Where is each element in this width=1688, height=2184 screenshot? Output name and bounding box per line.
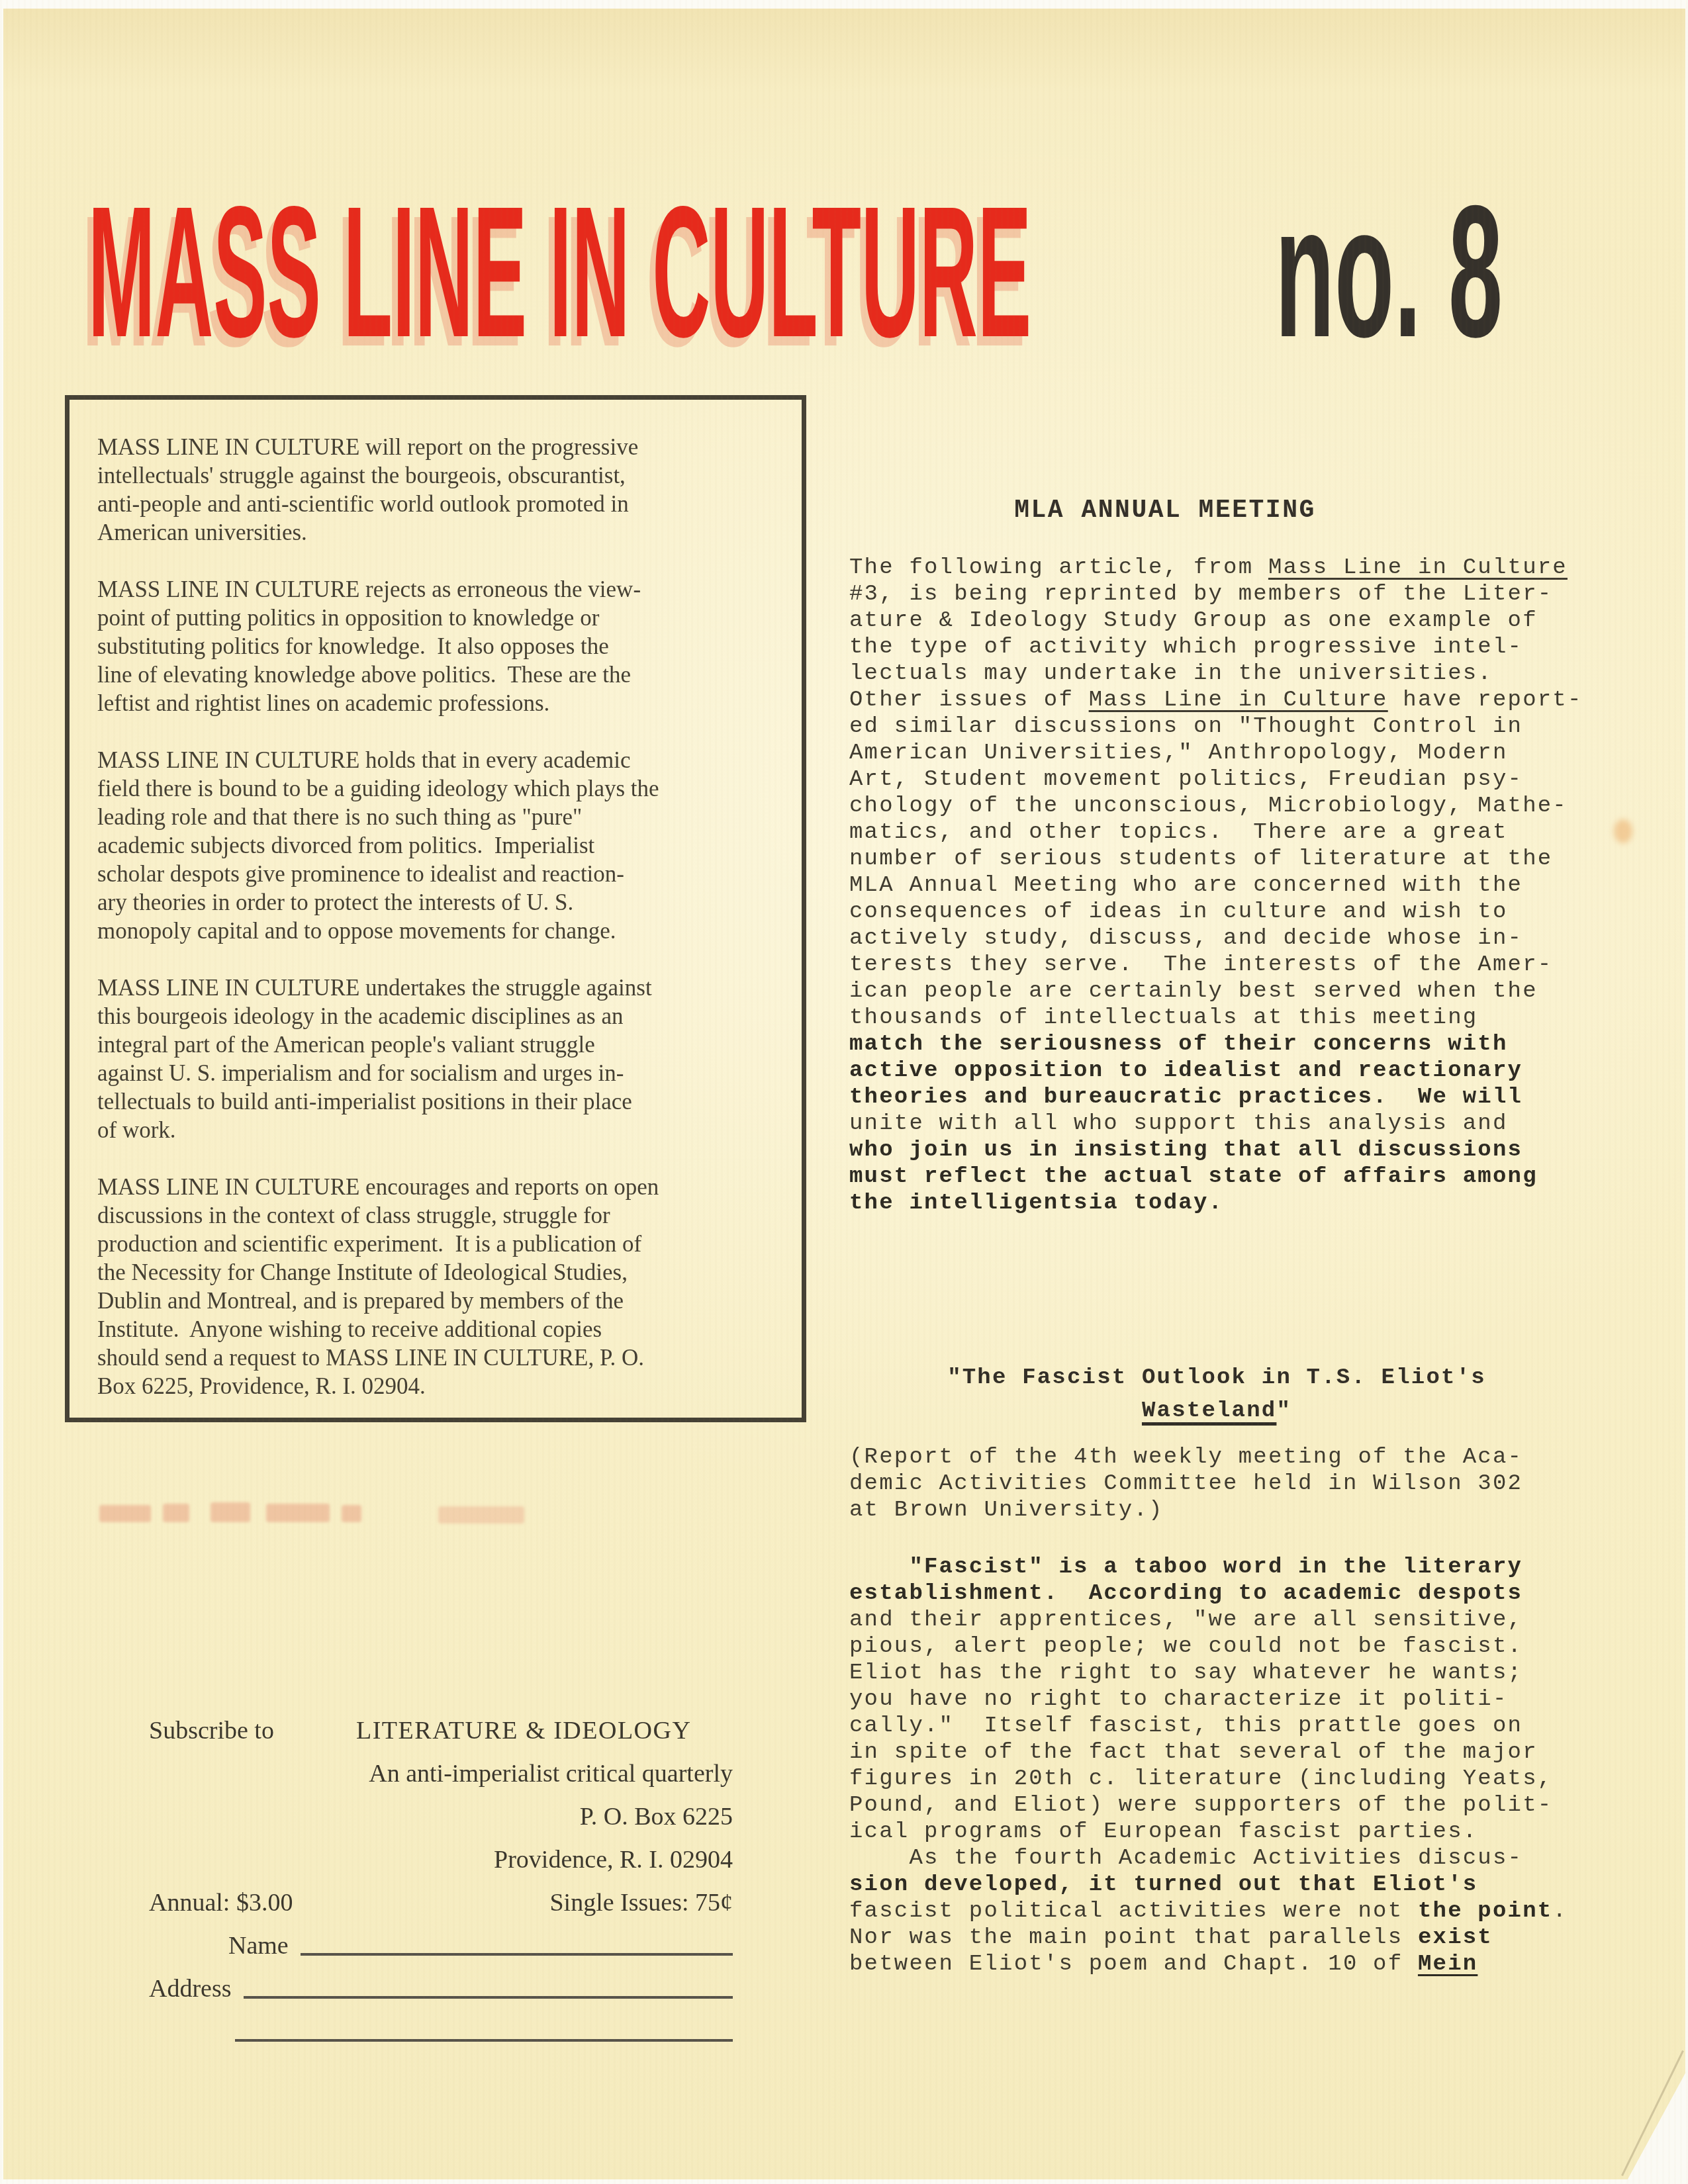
text-segment: Mein bbox=[1418, 1952, 1477, 1977]
ink-mark bbox=[342, 1505, 361, 1522]
text-segment: cally." Itself fascist, this prattle goe… bbox=[849, 1713, 1523, 1739]
scan-edge bbox=[0, 0, 1688, 9]
text-line: chology of the unconscious, Microbiology… bbox=[849, 793, 1637, 819]
text-segment: the type of activity which progressive i… bbox=[849, 635, 1523, 660]
text-segment: Wasteland bbox=[1142, 1398, 1276, 1424]
about-paragraph: MASS LINE IN CULTURE undertakes the stru… bbox=[97, 974, 779, 1144]
text-line: Other issues of Mass Line in Culture hav… bbox=[849, 687, 1637, 713]
text-line: unite with all who support this analysis… bbox=[849, 1111, 1637, 1137]
text-segment: you have no right to characterize it pol… bbox=[849, 1687, 1508, 1712]
extra-line bbox=[149, 2003, 733, 2046]
city-state-zip: Providence, R. I. 02904 bbox=[494, 1845, 733, 1874]
text-segment: must reflect the actual state of affairs… bbox=[849, 1164, 1538, 1189]
right-column: MLA ANNUAL MEETING The following article… bbox=[849, 498, 1637, 1978]
text-segment: " bbox=[1276, 1398, 1291, 1424]
text-segment: number of serious students of literature… bbox=[849, 846, 1552, 872]
magazine-tagline: An anti-imperialist critical quarterly bbox=[369, 1759, 733, 1788]
text-segment: Mass Line in Culture bbox=[1089, 688, 1388, 713]
text-line: ican people are certainly best served wh… bbox=[849, 978, 1637, 1005]
about-paragraph: MASS LINE IN CULTURE holds that in every… bbox=[97, 746, 779, 945]
text-segment: actively study, discuss, and decide whos… bbox=[849, 926, 1523, 951]
text-segment: active opposition to idealist and reacti… bbox=[849, 1058, 1523, 1083]
newsletter-page: MASS LINE IN CULTURE MASS LINE IN CULTUR… bbox=[0, 0, 1688, 2184]
pobox-line: P. O. Box 6225 bbox=[149, 1788, 733, 1831]
text-segment: As the fourth Academic Activities discus… bbox=[849, 1846, 1523, 1871]
text-line: actively study, discuss, and decide whos… bbox=[849, 925, 1637, 952]
text-line: The following article, from Mass Line in… bbox=[849, 555, 1637, 581]
text-segment: "Fascist" is a taboo word in the literar… bbox=[849, 1555, 1523, 1580]
text-line: demic Activities Committee held in Wilso… bbox=[849, 1471, 1637, 1497]
text-segment: American Universities," Anthropology, Mo… bbox=[849, 741, 1508, 766]
text-segment: MLA Annual Meeting who are concerned wit… bbox=[849, 873, 1523, 898]
text-line: at Brown University.) bbox=[849, 1497, 1637, 1524]
po-box: P. O. Box 6225 bbox=[580, 1802, 733, 1831]
text-line: thousands of intellectuals at this meeti… bbox=[849, 1005, 1637, 1031]
fascist-article-heading: "The Fascist Outlook in T.S. Eliot'sWast… bbox=[823, 1365, 1611, 1431]
text-segment: matics, and other topics. There are a gr… bbox=[849, 820, 1508, 845]
text-line: Pound, and Eliot) were supporters of the… bbox=[849, 1792, 1637, 1819]
scan-edge bbox=[0, 0, 3, 2184]
text-segment: figures in 20th c. literature (including… bbox=[849, 1766, 1552, 1792]
single-issue-price: Single Issues: 75¢ bbox=[549, 1888, 733, 1917]
name-label: Name bbox=[149, 1931, 289, 1960]
masthead-title: MASS LINE IN CULTURE bbox=[88, 167, 1031, 376]
text-segment: sion developed, it turned out that Eliot… bbox=[849, 1872, 1477, 1897]
about-box: MASS LINE IN CULTURE will report on the … bbox=[65, 395, 806, 1422]
annual-price: Annual: $3.00 bbox=[149, 1888, 293, 1917]
subscribe-label: Subscribe to bbox=[149, 1716, 356, 1745]
text-segment: The following article, from bbox=[849, 555, 1268, 580]
text-line: "The Fascist Outlook in T.S. Eliot's bbox=[823, 1365, 1611, 1398]
ink-mark bbox=[266, 1504, 330, 1522]
text-line: the intelligentsia today. bbox=[849, 1190, 1637, 1216]
text-line: theories and bureaucratic practices. We … bbox=[849, 1084, 1637, 1111]
text-line: American Universities," Anthropology, Mo… bbox=[849, 740, 1637, 766]
text-segment: Pound, and Eliot) were supporters of the… bbox=[849, 1793, 1552, 1818]
text-segment: have report- bbox=[1388, 688, 1583, 713]
text-line: Eliot has the right to say whatever he w… bbox=[849, 1660, 1637, 1686]
text-line: As the fourth Academic Activities discus… bbox=[849, 1845, 1637, 1872]
about-paragraph: MASS LINE IN CULTURE rejects as erroneou… bbox=[97, 575, 779, 717]
red-ink-smudge bbox=[99, 1497, 536, 1535]
text-line: ature & Ideology Study Group as one exam… bbox=[849, 608, 1637, 634]
text-segment: theories and bureaucratic practices. We … bbox=[849, 1085, 1523, 1110]
text-segment: thousands of intellectuals at this meeti… bbox=[849, 1005, 1477, 1030]
text-segment: consequences of ideas in culture and wis… bbox=[849, 899, 1508, 925]
address-blank-line bbox=[244, 1995, 733, 1999]
text-line: sion developed, it turned out that Eliot… bbox=[849, 1872, 1637, 1898]
text-segment: unite with all who support this analysis… bbox=[849, 1111, 1508, 1136]
text-line: ical programs of European fascist partie… bbox=[849, 1819, 1637, 1845]
ink-mark bbox=[99, 1505, 151, 1522]
text-line: consequences of ideas in culture and wis… bbox=[849, 899, 1637, 925]
text-segment: exist bbox=[1418, 1925, 1493, 1950]
text-segment: the intelligentsia today. bbox=[849, 1191, 1223, 1216]
ink-mark bbox=[163, 1504, 189, 1522]
text-line: and their apprentices, "we are all sensi… bbox=[849, 1607, 1637, 1633]
text-segment: in spite of the fact that several of the… bbox=[849, 1740, 1538, 1765]
subscription-form: Subscribe to LITERATURE & IDEOLOGY An an… bbox=[149, 1702, 733, 2046]
tagline-line: An anti-imperialist critical quarterly bbox=[149, 1745, 733, 1788]
name-blank-line bbox=[301, 1952, 733, 1956]
text-line: figures in 20th c. literature (including… bbox=[849, 1766, 1637, 1792]
text-line: ed similar discussions on "Thought Contr… bbox=[849, 713, 1637, 740]
issue-number: no. 8 bbox=[1275, 167, 1503, 377]
text-segment: #3, is being reprinted by members of the… bbox=[849, 582, 1552, 607]
page-fold bbox=[1625, 2068, 1688, 2184]
text-line: must reflect the actual state of affairs… bbox=[849, 1163, 1637, 1190]
text-line: the type of activity which progressive i… bbox=[849, 634, 1637, 660]
ink-mark bbox=[438, 1506, 524, 1524]
text-line: between Eliot's poem and Chapt. 10 of Me… bbox=[849, 1951, 1637, 1978]
text-segment: Nor was the main point that parallels bbox=[849, 1925, 1418, 1950]
fascist-article-note: (Report of the 4th weekly meeting of the… bbox=[849, 1444, 1637, 1524]
fascist-article-body: "Fascist" is a taboo word in the literar… bbox=[849, 1554, 1637, 1978]
text-line: terests they serve. The interests of the… bbox=[849, 952, 1637, 978]
about-paragraph: MASS LINE IN CULTURE encourages and repo… bbox=[97, 1173, 779, 1400]
text-line: active opposition to idealist and reacti… bbox=[849, 1058, 1637, 1084]
text-segment: Other issues of bbox=[849, 688, 1089, 713]
price-line: Annual: $3.00 Single Issues: 75¢ bbox=[149, 1874, 733, 1917]
text-segment: demic Activities Committee held in Wilso… bbox=[849, 1471, 1523, 1496]
city-line: Providence, R. I. 02904 bbox=[149, 1831, 733, 1874]
text-line: cally." Itself fascist, this prattle goe… bbox=[849, 1713, 1637, 1739]
text-line: matics, and other topics. There are a gr… bbox=[849, 819, 1637, 846]
text-segment: who join us in insisting that all discus… bbox=[849, 1138, 1523, 1163]
text-line: Art, Student movement politics, Freudian… bbox=[849, 766, 1637, 793]
text-line: (Report of the 4th weekly meeting of the… bbox=[849, 1444, 1637, 1471]
text-segment: . bbox=[1552, 1899, 1568, 1924]
text-line: who join us in insisting that all discus… bbox=[849, 1137, 1637, 1163]
mla-article-heading: MLA ANNUAL MEETING bbox=[771, 498, 1559, 524]
text-line: establishment. According to academic des… bbox=[849, 1580, 1637, 1607]
text-line: Wasteland" bbox=[823, 1398, 1611, 1431]
text-segment: Art, Student movement politics, Freudian… bbox=[849, 767, 1523, 792]
text-segment: match the seriousness of their concerns … bbox=[849, 1032, 1508, 1057]
text-line: lectuals may undertake in the universiti… bbox=[849, 660, 1637, 687]
text-line: #3, is being reprinted by members of the… bbox=[849, 581, 1637, 608]
address-blank-line-2 bbox=[235, 2038, 733, 2042]
text-segment: Mass Line in Culture bbox=[1268, 555, 1568, 580]
text-line: in spite of the fact that several of the… bbox=[849, 1739, 1637, 1766]
address-label: Address bbox=[149, 1974, 232, 2003]
text-segment: the point bbox=[1418, 1899, 1552, 1924]
text-segment: ical programs of European fascist partie… bbox=[849, 1819, 1477, 1844]
text-segment: establishment. According to academic des… bbox=[849, 1581, 1523, 1606]
mla-article-body: The following article, from Mass Line in… bbox=[849, 555, 1637, 1216]
scan-edge bbox=[1685, 0, 1688, 2184]
scan-edge bbox=[0, 2179, 1688, 2184]
name-line: Name bbox=[149, 1917, 733, 1960]
text-segment: ature & Ideology Study Group as one exam… bbox=[849, 608, 1538, 633]
text-segment: Eliot has the right to say whatever he w… bbox=[849, 1661, 1523, 1686]
address-line: Address bbox=[149, 1960, 733, 2003]
text-segment: at Brown University.) bbox=[849, 1498, 1164, 1523]
text-segment: terests they serve. The interests of the… bbox=[849, 952, 1552, 978]
paper-stain bbox=[1614, 819, 1632, 843]
text-segment: "The Fascist Outlook in T.S. Eliot's bbox=[947, 1365, 1486, 1390]
text-segment: lectuals may undertake in the universiti… bbox=[849, 661, 1493, 686]
text-segment: ican people are certainly best served wh… bbox=[849, 979, 1538, 1004]
about-paragraph: MASS LINE IN CULTURE will report on the … bbox=[97, 433, 779, 547]
text-segment: fascist political activities were not bbox=[849, 1899, 1418, 1924]
masthead: MASS LINE IN CULTURE MASS LINE IN CULTUR… bbox=[0, 0, 1688, 397]
text-line: you have no right to characterize it pol… bbox=[849, 1686, 1637, 1713]
text-line: "Fascist" is a taboo word in the literar… bbox=[849, 1554, 1637, 1580]
text-segment: (Report of the 4th weekly meeting of the… bbox=[849, 1445, 1523, 1470]
text-segment: pious, alert people; we could not be fas… bbox=[849, 1634, 1523, 1659]
text-line: fascist political activities were not th… bbox=[849, 1898, 1637, 1925]
text-line: number of serious students of literature… bbox=[849, 846, 1637, 872]
text-segment: ed similar discussions on "Thought Contr… bbox=[849, 714, 1523, 739]
magazine-title: LITERATURE & IDEOLOGY bbox=[356, 1716, 691, 1745]
subscribe-line: Subscribe to LITERATURE & IDEOLOGY bbox=[149, 1702, 733, 1745]
text-line: MLA Annual Meeting who are concerned wit… bbox=[849, 872, 1637, 899]
ink-mark bbox=[211, 1502, 250, 1522]
text-line: pious, alert people; we could not be fas… bbox=[849, 1633, 1637, 1660]
text-line: Nor was the main point that parallels ex… bbox=[849, 1925, 1637, 1951]
text-segment: chology of the unconscious, Microbiology… bbox=[849, 794, 1568, 819]
text-segment: and their apprentices, "we are all sensi… bbox=[849, 1608, 1523, 1633]
text-segment: between Eliot's poem and Chapt. 10 of bbox=[849, 1952, 1418, 1977]
text-line: match the seriousness of their concerns … bbox=[849, 1031, 1637, 1058]
